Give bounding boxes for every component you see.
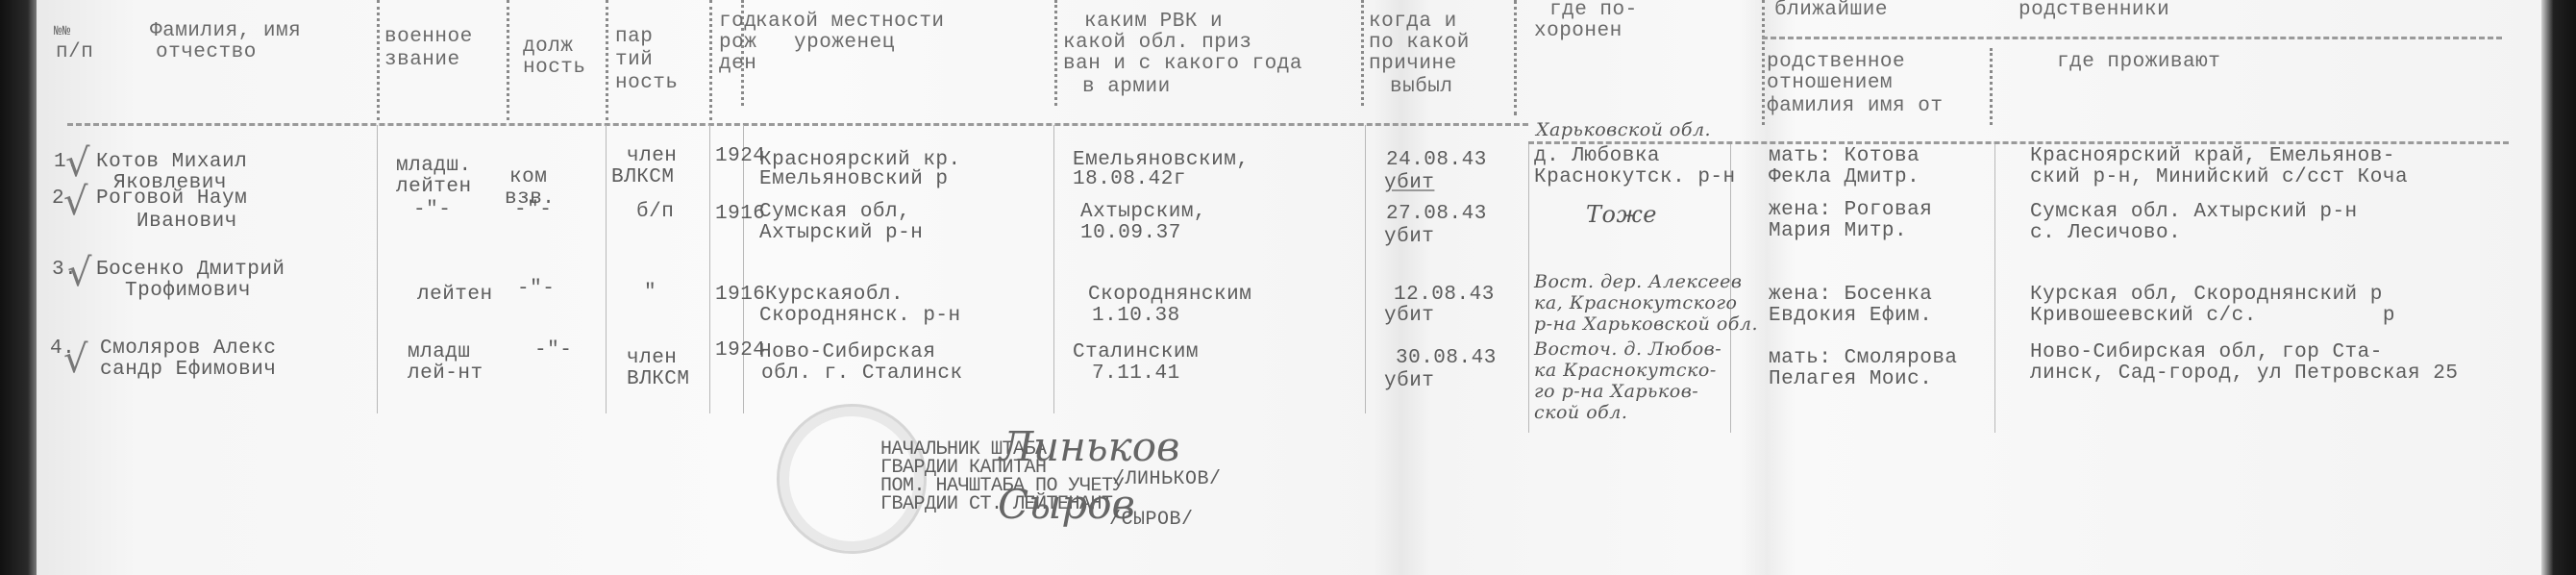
header-divider — [1361, 0, 1364, 106]
column-line — [1994, 144, 1995, 433]
row-name: Трофимович — [125, 281, 251, 302]
row-buried: Вост. дер. Алексеев — [1534, 271, 1742, 292]
row-name: Роговой Наум — [96, 188, 247, 210]
header-divider — [606, 0, 608, 120]
row-relative: жена: Босенка — [1769, 285, 1932, 306]
header-buried: где по- — [1549, 0, 1638, 21]
row-date: 24.08.43 — [1386, 150, 1487, 171]
header-origin: уроженец — [794, 33, 895, 54]
row-origin: Курскаяобл. — [765, 285, 904, 306]
row-party: б/п — [636, 202, 674, 223]
row-birth: 1924 — [715, 340, 765, 362]
row-residence: Сумская обл. Ахтырский р-н — [2030, 202, 2358, 223]
column-line — [743, 125, 744, 413]
row-reason: убит — [1384, 227, 1434, 248]
row-birth: 1924 — [715, 146, 765, 167]
row-party: член — [627, 146, 677, 167]
header-buried: хоронен — [1534, 21, 1622, 42]
header-bottom-rule — [67, 123, 1528, 126]
row-date: 12.08.43 — [1394, 285, 1495, 306]
signer-name: /ЛИНЬКОВ/ — [1113, 469, 1222, 490]
header-bottom-rule — [1528, 141, 2509, 144]
header-party: пар — [615, 27, 653, 48]
checkmark-icon: √ — [67, 254, 92, 292]
header-party: ность — [615, 73, 679, 94]
row-buried: го р-на Харьков- — [1534, 381, 1698, 402]
header-relation: фамилия имя от — [1767, 96, 1943, 117]
header-divider — [1990, 48, 1993, 125]
row-drafted: Сталинским — [1073, 342, 1199, 363]
row-relative: Пелагея Моис. — [1769, 369, 1932, 390]
row-position: -"- — [517, 279, 555, 300]
row-residence: с. Лесичово. — [2030, 223, 2181, 244]
header-origin: какой местности — [755, 12, 945, 33]
row-buried-note: Харьковской обл. — [1536, 119, 1711, 140]
row-residence: Курская обл, Скороднянский р — [2030, 285, 2383, 306]
row-buried: ской обл. — [1534, 402, 1627, 423]
header-party: тий — [615, 50, 653, 71]
row-buried: р-на Харьковской обл. — [1534, 313, 1758, 335]
header-relation: отношением — [1767, 73, 1893, 94]
row-rank: младш. — [396, 156, 472, 177]
row-name: сандр Ефимович — [100, 360, 276, 381]
header-birth: ден — [719, 54, 756, 75]
header-name: отчество — [156, 42, 257, 63]
row-rank: младш — [408, 342, 471, 363]
header-when: выбыл — [1390, 77, 1453, 98]
header-divider — [1054, 0, 1057, 106]
row-relative: Фекла Дмитр. — [1769, 167, 1920, 188]
row-position: ком — [509, 167, 547, 188]
row-residence: Ново-Сибирская обл, гор Ста- — [2030, 342, 2383, 363]
header-drafted: в армии — [1082, 77, 1171, 98]
row-party: ВЛКСМ — [627, 369, 690, 390]
header-divider — [377, 0, 380, 120]
row-residence: Кривошеевский с/с. р — [2030, 306, 2395, 327]
row-drafted: 7.11.41 — [1092, 363, 1180, 385]
header-rank: звание — [384, 50, 460, 71]
column-line — [377, 125, 378, 413]
header-birth: год — [719, 12, 756, 33]
column-line — [1053, 125, 1054, 413]
row-drafted: Ахтырским, — [1080, 202, 1206, 223]
row-rank: -"- — [413, 200, 451, 221]
header-drafted: ван и с какого года — [1063, 54, 1302, 75]
signature-linkov: Линьков — [1000, 423, 1179, 470]
header-when: причине — [1369, 54, 1457, 75]
row-relative: Евдокия Ефим. — [1769, 306, 1932, 327]
row-relative: жена: Роговая — [1769, 200, 1932, 221]
row-origin: Ново-Сибирская — [759, 342, 935, 363]
header-relation: родственное — [1767, 52, 1905, 73]
row-party: " — [644, 283, 656, 304]
row-party: член — [627, 348, 677, 369]
row-rank: лейтен — [417, 285, 493, 306]
header-when: когда и — [1369, 12, 1457, 33]
row-name: Котов Михаил — [96, 152, 247, 173]
row-buried: ка, Краснокутского — [1534, 292, 1737, 313]
header-position: долж — [523, 37, 573, 58]
header-relatives: родственники — [2019, 0, 2169, 21]
row-date: 30.08.43 — [1396, 348, 1497, 369]
row-origin: обл. г. Сталинск — [761, 363, 963, 385]
row-birth: 1916 — [715, 285, 765, 306]
row-position: -"- — [514, 200, 552, 221]
row-drafted: Скороднянским — [1088, 285, 1251, 306]
row-relative: Мария Митр. — [1769, 221, 1907, 242]
checkmark-icon: √ — [63, 340, 88, 379]
row-drafted: 18.08.42г — [1073, 169, 1186, 190]
header-divider — [1514, 0, 1517, 115]
header-name: Фамилия, имя — [150, 21, 301, 42]
row-party: ВЛКСМ — [611, 167, 675, 188]
row-reason: убит — [1384, 371, 1434, 392]
row-origin: Ахтырский р-н — [759, 223, 923, 244]
column-line — [1365, 125, 1366, 413]
row-drafted: 1.10.38 — [1092, 306, 1180, 327]
header-relatives: ближайшие — [1774, 0, 1888, 21]
column-line — [709, 125, 710, 413]
signer-name: /СЫРОВ/ — [1109, 510, 1194, 531]
row-buried: Тоже — [1586, 204, 1657, 225]
row-buried: Краснокутск. р-н — [1534, 167, 1736, 188]
row-residence: ский р-н, Минийский с/сст Коча — [2030, 167, 2408, 188]
header-num: п/п — [56, 42, 93, 63]
row-date: 27.08.43 — [1386, 204, 1487, 225]
row-name: Босенко Дмитрий — [96, 260, 285, 281]
header-residence: где проживают — [2057, 52, 2220, 73]
row-buried: Восточ. д. Любов- — [1534, 338, 1721, 360]
column-line — [1528, 144, 1529, 433]
row-name: Смоляров Алекс — [100, 338, 276, 360]
row-residence: Красноярский край, Емельянов- — [2030, 146, 2395, 167]
header-rank: военное — [384, 27, 473, 48]
row-drafted: 10.09.37 — [1080, 223, 1181, 244]
header-divider — [1762, 0, 1765, 125]
row-residence: линск, Сад-город, ул Петровская 25 — [2030, 363, 2458, 385]
row-origin: Сумская обл, — [759, 202, 910, 223]
row-reason: убит — [1384, 306, 1434, 327]
row-origin: Скороднянск. р-н — [759, 306, 961, 327]
row-buried: ка Краснокутско- — [1534, 360, 1717, 381]
header-num: №№ — [54, 21, 71, 42]
header-divider — [507, 0, 509, 120]
header-drafted: какой обл. приз — [1063, 33, 1252, 54]
row-position: -"- — [534, 340, 572, 362]
column-line — [606, 125, 607, 413]
checkmark-icon: √ — [63, 183, 88, 221]
scan-right-edge — [2541, 0, 2576, 575]
header-birth: рож — [719, 33, 756, 54]
header-divider — [709, 0, 712, 120]
row-buried: д. Любовка — [1534, 146, 1660, 167]
relatives-group-rule — [1762, 37, 2502, 39]
header-position: ность — [523, 58, 586, 79]
row-relative: мать: Котова — [1769, 146, 1920, 167]
row-reason: убит — [1384, 173, 1434, 194]
row-origin: Емельяновский р — [759, 169, 949, 190]
row-relative: мать: Смолярова — [1769, 348, 1958, 369]
row-rank: лейтен — [396, 177, 472, 198]
checkmark-icon: √ — [65, 144, 90, 183]
row-birth: 1916 — [715, 204, 765, 225]
row-name: Иванович — [136, 212, 237, 233]
header-when: по какой — [1369, 33, 1470, 54]
header-drafted: каким РВК и — [1084, 12, 1223, 33]
row-rank: лей-нт — [408, 363, 483, 385]
